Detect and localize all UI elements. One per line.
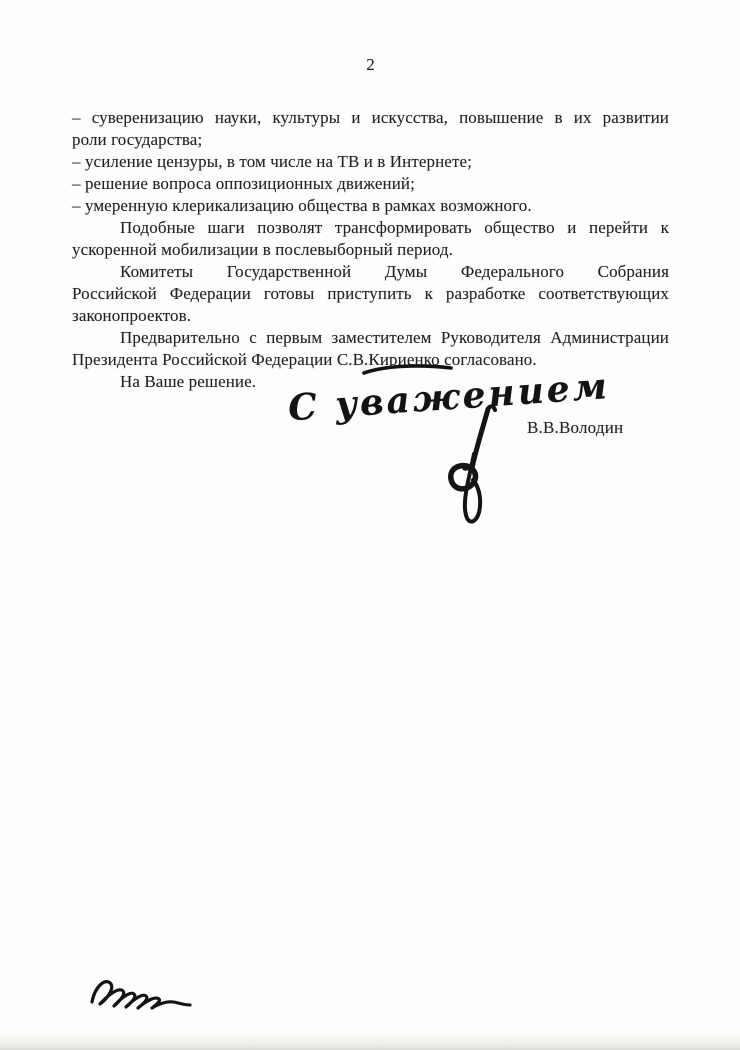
text-line: – умеренную клерикализацию общества в ра… <box>72 195 669 217</box>
signature-paraph-icon <box>441 404 503 537</box>
text-line: законопроектов. <box>72 305 669 327</box>
text-line: – усиление цензуры, в том числе на ТВ и … <box>72 151 669 173</box>
initials-scribble-icon <box>86 972 198 1021</box>
text-line: Российской Федерации готовы приступить к… <box>72 283 669 305</box>
text-line: Предварительно с первым заместителем Рук… <box>72 327 669 349</box>
signatory-name: В.В.Володин <box>527 418 623 438</box>
page-number: 2 <box>72 55 669 75</box>
document-body: – суверенизацию науки, культуры и искусс… <box>72 107 669 393</box>
text-line: Подобные шаги позволят трансформировать … <box>72 217 669 239</box>
signature-flourish-icon <box>362 362 454 381</box>
text-line: – суверенизацию науки, культуры и искусс… <box>72 107 669 129</box>
text-line: роли государства; <box>72 129 669 151</box>
scanned-document-page: 2 – суверенизацию науки, культуры и иску… <box>0 0 740 1050</box>
text-line: ускоренной мобилизации в послевыборный п… <box>72 239 669 261</box>
scan-edge-shadow <box>0 1033 740 1050</box>
text-line: Комитеты Государственной Думы Федерально… <box>72 261 669 283</box>
text-line: – решение вопроса оппозиционных движений… <box>72 173 669 195</box>
